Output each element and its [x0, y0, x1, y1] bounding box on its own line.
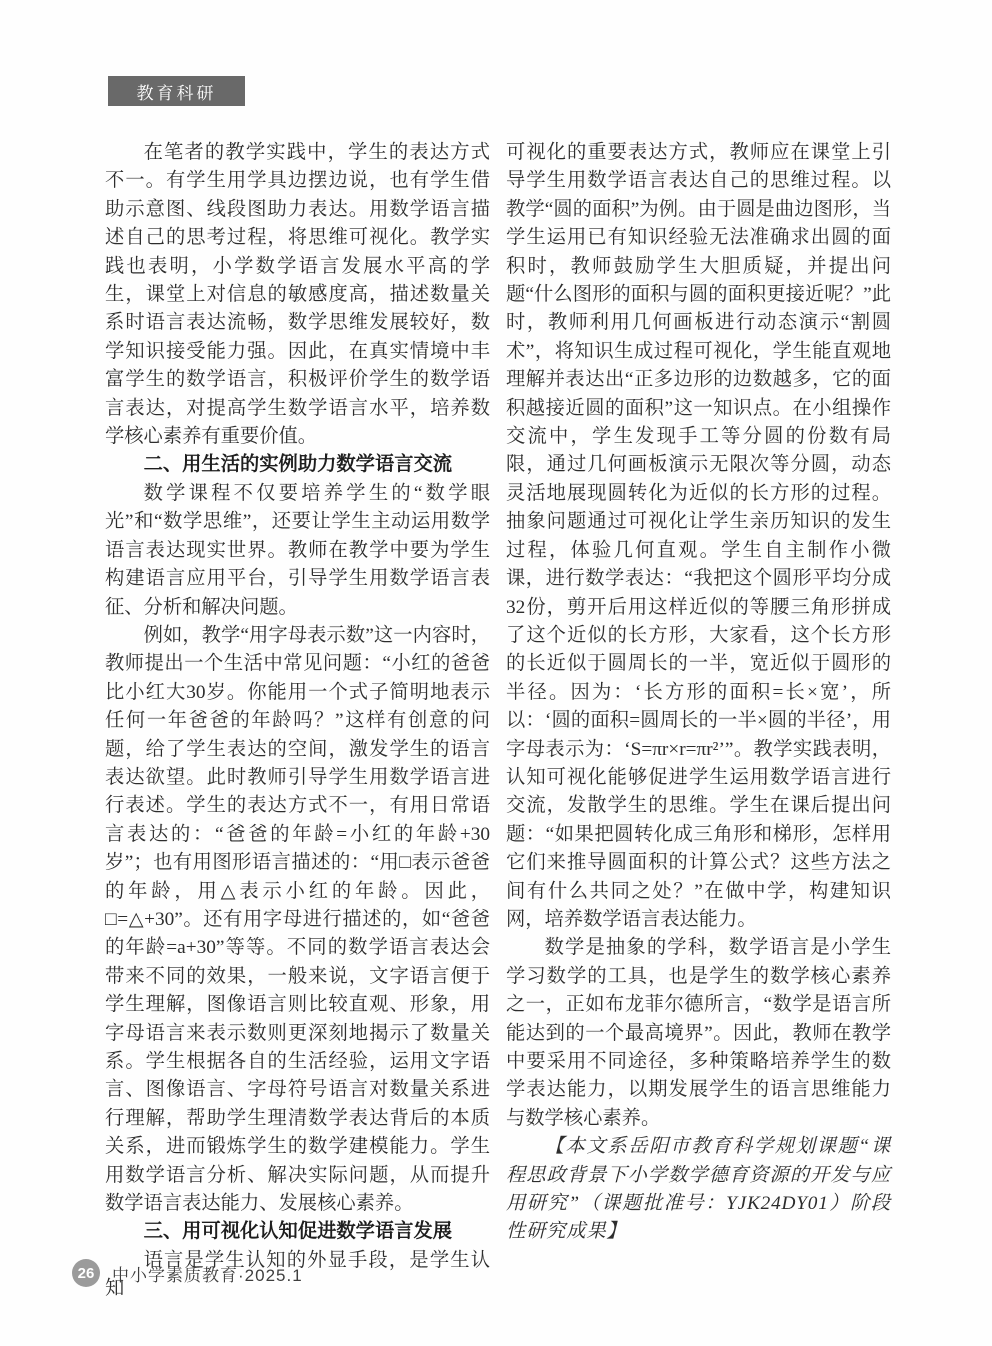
paragraph-section2-2: 例如，教学“用字母表示数”这一内容时，教师提出一个生活中常见问题：“小红的爸爸比… — [105, 622, 490, 1219]
section-heading-3: 三、用可视化认知促进数学语言发展 — [105, 1218, 490, 1246]
right-column: 可视化的重要表达方式，教师应在课堂上引导学生用数学语言表达自己的思维过程。以教学… — [506, 139, 891, 1304]
paragraph-intro: 在笔者的教学实践中，学生的表达方式不一。有学生用学具边摆边说，也有学生借助示意图… — [105, 139, 490, 451]
section-heading-2: 二、用生活的实例助力数学语言交流 — [105, 451, 490, 479]
page-footer: 26 中小学素质教育·2025.1 — [72, 1259, 303, 1287]
page-number-badge: 26 — [72, 1259, 100, 1287]
magazine-page: 教育科研 在笔者的教学实践中，学生的表达方式不一。有学生用学具边摆边说，也有学生… — [0, 0, 992, 1346]
journal-title: 中小学素质教育·2025.1 — [112, 1261, 303, 1286]
left-column: 在笔者的教学实践中，学生的表达方式不一。有学生用学具边摆边说，也有学生借助示意图… — [105, 139, 490, 1304]
paragraph-section3-continuation: 可视化的重要表达方式，教师应在课堂上引导学生用数学语言表达自己的思维过程。以教学… — [506, 139, 891, 934]
paragraph-conclusion: 数学是抽象的学科，数学语言是小学生学习数学的工具，也是学生的数学核心素养之一，正… — [506, 934, 891, 1133]
paragraph-section2-1: 数学课程不仅要培养学生的“数学眼光”和“数学思维”，还要让学生主动运用数学语言表… — [105, 480, 490, 622]
article-body: 在笔者的教学实践中，学生的表达方式不一。有学生用学具边摆边说，也有学生借助示意图… — [105, 139, 891, 1304]
section-category-badge: 教育科研 — [108, 76, 245, 106]
funding-note: 【本文系岳阳市教育科学规划课题“课程思政背景下小学数学德育资源的开发与应用研究”… — [506, 1133, 891, 1247]
